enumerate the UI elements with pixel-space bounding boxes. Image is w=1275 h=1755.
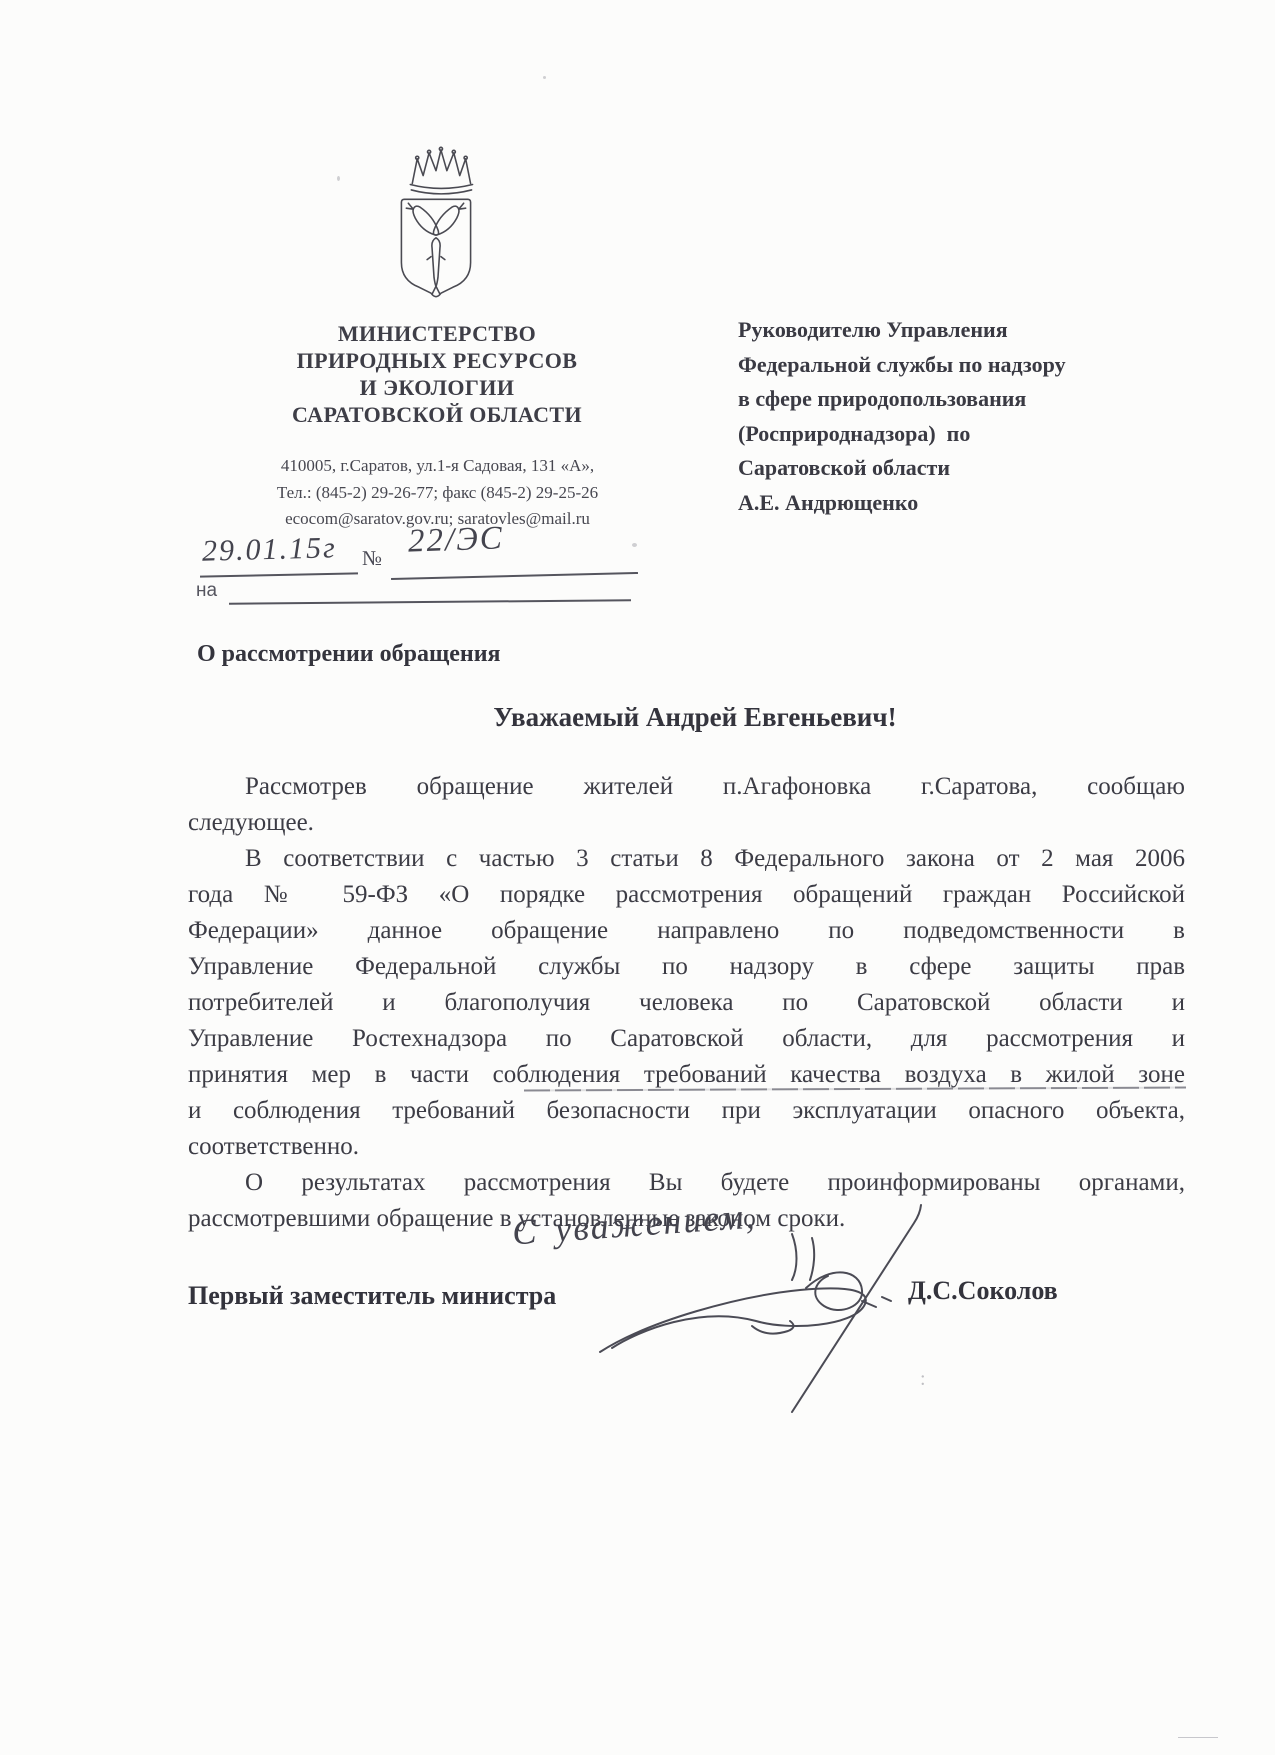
signer-position-title: Первый заместитель министра	[188, 1281, 556, 1311]
scan-speck	[337, 176, 340, 181]
body-line: и соблюдения требований безопасности при…	[188, 1093, 1185, 1129]
salutation: Уважаемый Андрей Евгеньевич!	[188, 702, 1202, 733]
number-underline	[391, 572, 638, 580]
body-line: Управление Федеральной службы по надзору…	[188, 949, 1185, 985]
ministry-name-line: САРАТОВСКОЙ ОБЛАСТИ	[277, 401, 597, 428]
scan-colon-mark: :	[920, 1368, 926, 1391]
saratov-region-coat-of-arms-icon	[384, 142, 488, 310]
fish-right-icon	[433, 206, 459, 235]
ministry-name-line: МИНИСТЕРСТВО	[277, 320, 597, 347]
recipient-line: Руководителю Управления	[738, 313, 1173, 348]
recipient-line: в сфере природопользования	[738, 382, 1173, 417]
body-line: В соответствии с частью 3 статьи 8 Федер…	[188, 841, 1185, 877]
address-line: Тел.: (845-2) 29-26-77; факс (845-2) 29-…	[240, 480, 635, 507]
crown-icon	[412, 150, 470, 184]
body-line: соответственно.	[188, 1129, 1185, 1165]
reply-to-underline	[229, 599, 631, 605]
scanned-letter-page: МИНИСТЕРСТВОПРИРОДНЫХ РЕСУРСОВИ ЭКОЛОГИИ…	[0, 0, 1275, 1755]
handwritten-outgoing-number: 22/ЭС	[407, 520, 504, 560]
body-line: Управление Ростехнадзора по Саратовской …	[188, 1021, 1185, 1057]
body-line: потребителей и благополучия человека по …	[188, 985, 1185, 1021]
ministry-name-line: ПРИРОДНЫХ РЕСУРСОВ	[277, 347, 597, 374]
letterhead-address-block: 410005, г.Саратов, ул.1-я Садовая, 131 «…	[240, 453, 635, 533]
shield-icon	[401, 199, 470, 296]
signature-icon	[560, 1185, 960, 1430]
subject-line: О рассмотрении обращения	[197, 641, 501, 668]
body-line: года № 59-ФЗ «О порядке рассмотрения обр…	[188, 877, 1185, 913]
fish-left-icon	[413, 206, 439, 235]
recipient-line: Саратовской области	[738, 451, 1173, 486]
address-line: 410005, г.Саратов, ул.1-я Садовая, 131 «…	[240, 453, 635, 480]
date-underline	[200, 572, 358, 577]
body-line: следующее.	[188, 805, 1185, 841]
reply-to-label: на	[196, 580, 217, 602]
recipient-line: (Росприроднадзора) по	[738, 417, 1173, 452]
scan-edge-artifact	[1178, 1737, 1218, 1738]
ministry-name-line: И ЭКОЛОГИИ	[277, 374, 597, 401]
body-line: Рассмотрев обращение жителей п.Агафоновк…	[188, 769, 1185, 805]
recipient-block: Руководителю УправленияФедеральной служб…	[738, 313, 1173, 521]
scan-speck	[632, 543, 637, 547]
letter-body: Рассмотрев обращение жителей п.Агафоновк…	[188, 769, 1185, 1237]
handwritten-outgoing-date: 29.01.15г	[202, 531, 338, 569]
ministry-name-block: МИНИСТЕРСТВОПРИРОДНЫХ РЕСУРСОВИ ЭКОЛОГИИ…	[277, 320, 597, 428]
body-line: Федерации» данное обращение направлено п…	[188, 913, 1185, 949]
scan-speck	[543, 76, 546, 79]
recipient-line: Федеральной службы по надзору	[738, 348, 1173, 383]
fish-bottom-icon	[432, 238, 440, 286]
recipient-line: А.Е. Андрющенко	[738, 486, 1173, 521]
number-sign: №	[362, 546, 382, 571]
